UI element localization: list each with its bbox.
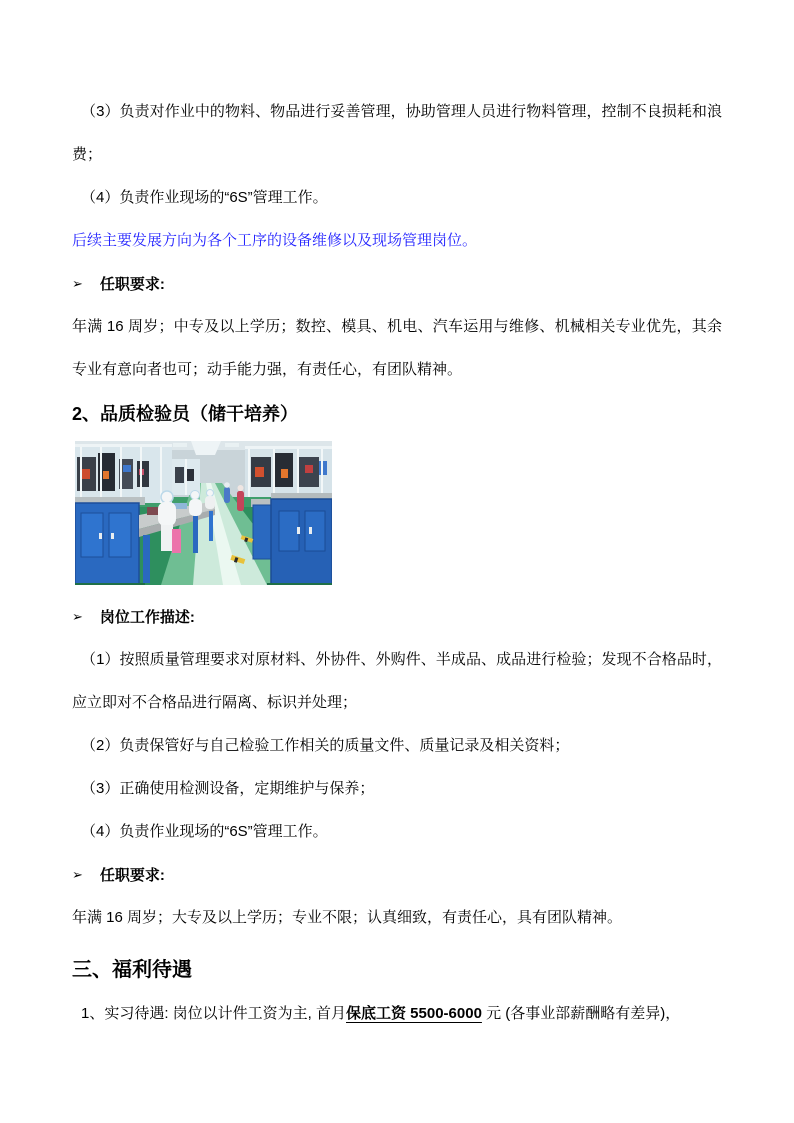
inspector-requirements-header: ➢ 任职要求: bbox=[72, 853, 722, 896]
operator-requirements-text: 年满 16 周岁；中专及以上学历；数控、模具、机电、汽车运用与维修、机械相关专业… bbox=[72, 305, 722, 391]
benefits-item-1-suffix: 元 (各事业部薪酬略有差异)， bbox=[482, 1005, 680, 1022]
inspector-jobdesc-header: ➢ 岗位工作描述: bbox=[72, 595, 722, 638]
document-page: （3）负责对作业中的物料、物品进行妥善管理，协助管理人员进行物料管理，控制不良损… bbox=[0, 0, 794, 1123]
arrow-bullet-icon: ➢ bbox=[72, 610, 83, 623]
development-note: 后续主要发展方向为各个工序的设备维修以及现场管理岗位。 bbox=[72, 219, 722, 262]
section-heading-benefits: 三、福利待遇 bbox=[72, 954, 722, 986]
benefits-item-1-salary: 保底工资 5500-6000 bbox=[346, 1005, 482, 1022]
operator-duty-3: （3）负责对作业中的物料、物品进行妥善管理，协助管理人员进行物料管理，控制不良损… bbox=[72, 90, 722, 176]
benefits-item-1-prefix: 1、实习待遇: 岗位以计件工资为主, 首月 bbox=[81, 1005, 346, 1022]
factory-photo bbox=[75, 441, 332, 585]
inspector-duty-3: （3）正确使用检测设备，定期维护与保养； bbox=[72, 767, 722, 810]
benefits-item-1: 1、实习待遇: 岗位以计件工资为主, 首月保底工资 5500-6000 元 (各… bbox=[72, 992, 722, 1035]
inspector-requirements-label: 任职要求: bbox=[100, 864, 165, 885]
inspector-duty-2: （2）负责保管好与自己检验工作相关的质量文件、质量记录及相关资料； bbox=[72, 724, 722, 767]
arrow-bullet-icon: ➢ bbox=[72, 277, 83, 290]
operator-duty-4: （4）负责作业现场的“6S”管理工作。 bbox=[72, 176, 722, 219]
operator-requirements-header: ➢ 任职要求: bbox=[72, 262, 722, 305]
factory-production-line-photo bbox=[75, 441, 332, 585]
inspector-jobdesc-label: 岗位工作描述: bbox=[100, 606, 195, 627]
inspector-duty-1: （1）按照质量管理要求对原材料、外协件、外购件、半成品、成品进行检验；发现不合格… bbox=[72, 638, 722, 724]
section-heading-inspector: 2、品质检验员（储干培养） bbox=[72, 399, 722, 429]
arrow-bullet-icon: ➢ bbox=[72, 868, 83, 881]
inspector-duty-4: （4）负责作业现场的“6S”管理工作。 bbox=[72, 810, 722, 853]
operator-requirements-label: 任职要求: bbox=[100, 273, 165, 294]
inspector-requirements-text: 年满 16 周岁；大专及以上学历；专业不限；认真细致，有责任心，具有团队精神。 bbox=[72, 896, 722, 939]
